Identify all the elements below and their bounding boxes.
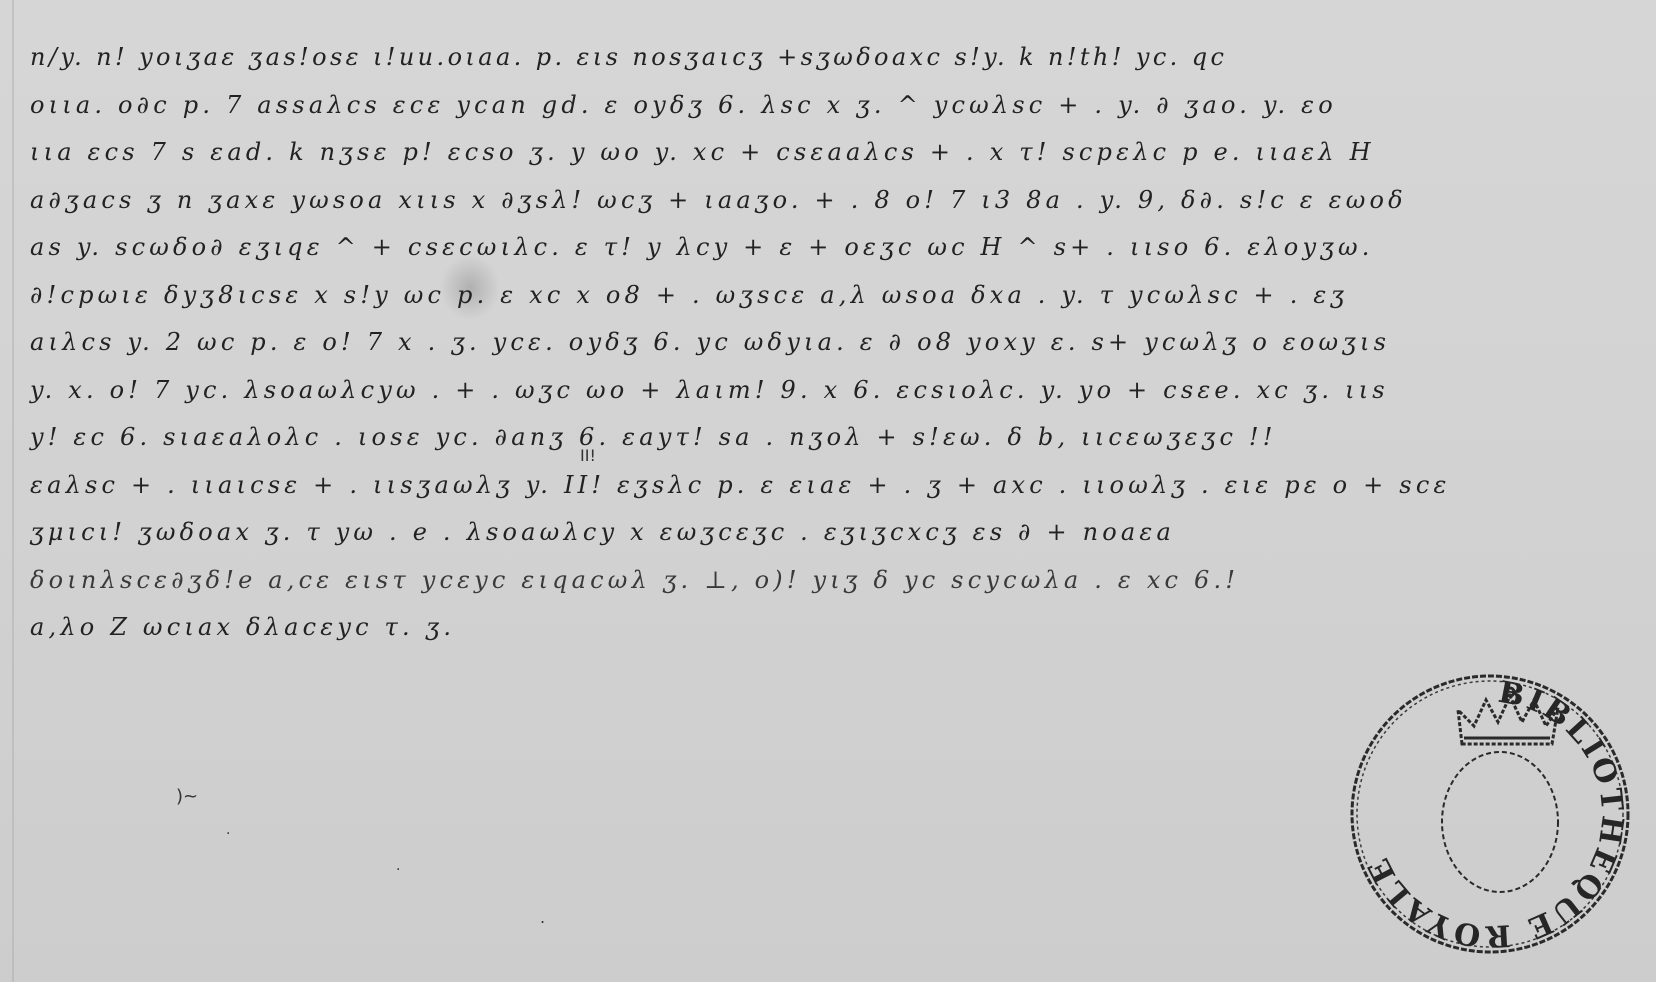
cipher-line: ʒμιcι! ʒωδoax ʒ. τ yω . e . λsoaωλcy x ε… bbox=[30, 509, 1650, 557]
cipher-line: as y. scωδo∂ εʒιqε ^ + csεcωιλc. ε τ! y … bbox=[30, 224, 1650, 272]
cipher-text-block: n/y. n! yoιʒaε ʒas!osε ι!uu.oιaa. p. ειs… bbox=[30, 34, 1650, 652]
superscript-mark: ΙΙ! bbox=[580, 446, 596, 465]
cipher-line: εaλsc + . ιιaιcsε + . ιιsʒaωλʒ y. ΙΙ! εʒ… bbox=[30, 462, 1650, 510]
ink-speck: . bbox=[396, 858, 400, 874]
cipher-line: δoιnλscε∂ʒδ!e a,cε ειsτ ycεyc ειqacωλ ʒ.… bbox=[30, 557, 1650, 605]
stray-mark: )~ bbox=[176, 786, 198, 807]
ink-speck: . bbox=[226, 822, 230, 838]
cipher-line: y! εc 6. sιaεaλoλc . ιosε yc. ∂anʒ 6. εa… bbox=[30, 414, 1650, 462]
library-stamp: BIBLIOTHEQUE ROYALE bbox=[1340, 664, 1640, 964]
cipher-line: aιλcs y. 2 ωc p. ε o! 7 x . ʒ. ycε. oyδʒ… bbox=[30, 319, 1650, 367]
cipher-line: n/y. n! yoιʒaε ʒas!osε ι!uu.oιaa. p. ειs… bbox=[30, 34, 1650, 82]
ink-speck: . bbox=[540, 908, 545, 927]
cipher-line: oιιa. o∂c p. 7 assaλcs εcε ycan gd. ε oy… bbox=[30, 82, 1650, 130]
manuscript-page: n/y. n! yoιʒaε ʒas!osε ι!uu.oιaa. p. ειs… bbox=[0, 0, 1656, 982]
cipher-line: ιιa εcs 7 s εad. k nʒsε p! εcso ʒ. y ωo … bbox=[30, 129, 1650, 177]
cipher-line: y. x. o! 7 yc. λsoaωλcyω . + . ωʒc ωo + … bbox=[30, 367, 1650, 415]
cipher-line: a∂ʒacs ʒ n ʒaxε yωsoa xιιs x ∂ʒsλ! ωcʒ +… bbox=[30, 177, 1650, 225]
stamp-graphic: BIBLIOTHEQUE ROYALE bbox=[1340, 664, 1640, 964]
cipher-line: a,λo Z ωcιax δλacεyc τ. ʒ. bbox=[30, 604, 1650, 652]
cipher-line: ∂!cpωιε δyʒ8ιcsε x s!y ωc p. ε xc x o8 +… bbox=[30, 272, 1650, 320]
